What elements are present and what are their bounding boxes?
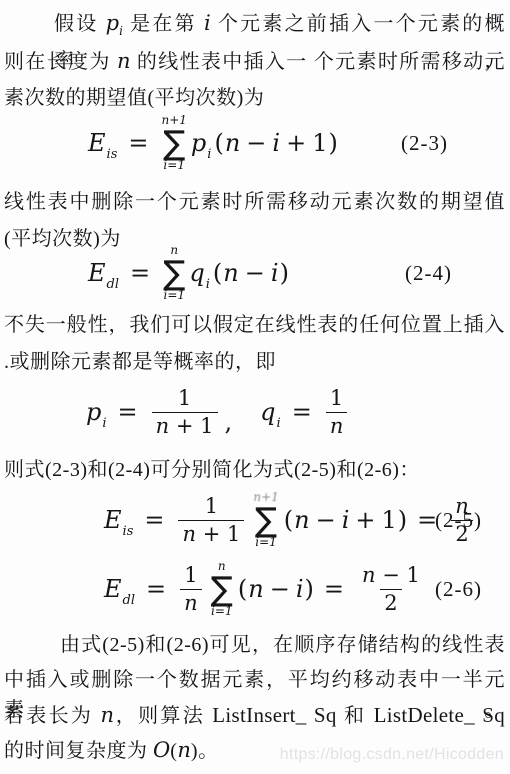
fraction-denominator: n (326, 412, 348, 438)
summation: n+1 ∑ i=1 (161, 114, 186, 172)
lhs-E-is: Eis (88, 129, 119, 157)
term-p-i: pi (191, 129, 214, 157)
var-n: n (156, 414, 170, 438)
sum-lower-limit: i=1 (163, 159, 185, 172)
fraction-denominator: 2 (380, 589, 401, 615)
plus-one: + 1 (176, 414, 214, 438)
equation-2-6: Edl = 1 n n ∑ i=1 (n−i) = n − 1 2 (2-6) (0, 556, 510, 622)
equation-2-4: Edl = n ∑ i=1 qi (n−i) (2-4) (0, 242, 510, 304)
var-i: i (342, 506, 350, 534)
open-paren: ( (213, 259, 222, 287)
equation-number-2-3: (2-3) (401, 131, 448, 156)
var-i: i (296, 575, 304, 603)
paragraph3-line2: .或删除元素都是等概率的，即 (4, 347, 505, 377)
sum-lower-limit: i=1 (163, 289, 185, 302)
close-paren: ) (280, 259, 289, 287)
fraction-n-minus-1-over-2: n − 1 2 (358, 563, 424, 614)
var-n: n (294, 506, 309, 534)
text-run: 的线性表中插入一 个元素时所需移动元 (131, 51, 505, 73)
fraction-numerator: n − 1 (358, 563, 424, 588)
fraction-1-over-n: 1 n (326, 386, 348, 437)
number-one: 1 (382, 506, 397, 534)
equation-2-3: Eis = n+1 ∑ i=1 pi (n−i+1) (2-3) (0, 112, 510, 174)
text-run: ，则算法 (114, 705, 212, 727)
summation: n+1 ∑ i=1 (253, 491, 278, 549)
summation: n ∑ i=1 (163, 244, 185, 302)
var-n: n (100, 703, 114, 727)
text-run: 若表长为 (4, 705, 100, 727)
text-run: 和 (337, 705, 374, 727)
text-run: 是在第 (123, 13, 204, 35)
subscript-dl: dl (107, 277, 119, 292)
term-q-i: qi (189, 259, 212, 287)
equation-2-4-math: Edl = n ∑ i=1 qi (n−i) (88, 244, 290, 302)
equals-sign: = (292, 398, 312, 426)
open-paren: ( (238, 575, 247, 603)
fraction-numerator: 1 (201, 494, 222, 519)
var-E: E (88, 129, 106, 157)
fraction-1-over-n-plus-1: 1 n + 1 (178, 494, 244, 545)
fraction-1-over-n: 1 n (180, 563, 202, 614)
subscript-is: is (107, 147, 118, 162)
equals-sign: = (118, 398, 138, 426)
plus-one: + 1 (203, 522, 241, 546)
var-E: E (104, 575, 122, 603)
summation: n ∑ i=1 (211, 560, 233, 618)
fraction-numerator: 1 (326, 386, 347, 411)
equals-sign: = (130, 259, 150, 287)
paragraph4-line1: 则式(2-3)和(2-4)可分别简化为式(2-5)和(2-6)： (4, 455, 505, 485)
sigma-symbol: ∑ (163, 257, 185, 288)
paragraph1-line2: 则在长度为 n 的线性表中插入一 个元素时所需移动元 (4, 46, 505, 77)
paragraph1-line3: 素次数的期望值(平均次数)为 (4, 83, 505, 113)
text-run: 则式(2-3)和(2-4)可分别简化为式(2-5)和(2-6)： (4, 459, 420, 481)
equation-pi-qi-math: pi = 1 n + 1 , qi = 1 n (86, 386, 352, 437)
comma: , (225, 408, 233, 436)
text-run: 则在长度为 (4, 51, 117, 73)
sum-upper-limit: n+1 (253, 491, 278, 504)
paragraph2-line1: 线性表中删除一个元素时所需移动元素次数的期望值 (4, 187, 505, 217)
equation-2-6-math: Edl = 1 n n ∑ i=1 (n−i) = n − 1 2 (104, 560, 429, 618)
var-q: q (260, 398, 275, 426)
var-E: E (88, 259, 106, 287)
paragraph5-line1: 由式(2-5)和(2-6)可见，在顺序存储结构的线性表 (4, 630, 505, 660)
fraction-numerator: 1 (174, 386, 195, 411)
text-run: 由式(2-5)和(2-6)可见，在顺序存储结构的线性表 (60, 634, 505, 656)
sum-lower-limit: i=1 (211, 605, 233, 618)
var-i: i (272, 129, 280, 157)
equation-2-5-math: Eis = 1 n + 1 n+1 ∑ i=1 (n−i+1) = n 2 (104, 491, 478, 549)
lhs-E-dl: Edl (104, 575, 137, 603)
subscript-i: i (102, 416, 106, 431)
var-p: p (106, 11, 119, 35)
fraction-numerator: 1 (180, 563, 201, 588)
equation-number-2-5: (2-5) (435, 508, 482, 533)
paragraph5-line3: 若表长为 n，则算法 ListInsert_ Sq 和 ListDelete_ … (4, 700, 505, 731)
subscript-is: is (123, 524, 134, 539)
plus-sign: + (286, 129, 306, 157)
var-E: E (104, 506, 122, 534)
paragraph3-line1: 不失一般性，我们可以假定在线性表的任何位置上插入 (4, 310, 505, 340)
minus-sign: − (246, 129, 266, 157)
close-paren: ) (305, 575, 314, 603)
text-run: 或删除元素都是等概率的，即 (10, 351, 277, 373)
var-n: n (223, 259, 238, 287)
sum-lower-limit: i=1 (255, 536, 277, 549)
fraction-1-over-n-plus-1: 1 n + 1 (152, 386, 218, 437)
minus-sign: − (270, 575, 290, 603)
var-n: n (248, 575, 263, 603)
close-paren: ) (328, 129, 337, 157)
csdn-watermark: https://blog.csdn.net/Hicodden (280, 746, 504, 764)
equation-number-2-4: (2-4) (405, 261, 452, 286)
subscript-i: i (206, 277, 210, 292)
subscript-dl: dl (123, 593, 135, 608)
open-paren: ( (284, 506, 293, 534)
var-n: n (182, 522, 196, 546)
open-paren: ( (214, 129, 223, 157)
plus-sign: + (355, 506, 375, 534)
close-paren-period: )。 (191, 740, 219, 762)
subscript-i: i (207, 147, 211, 162)
minus-sign: − (245, 259, 265, 287)
var-i: i (271, 259, 279, 287)
subscript-i: i (277, 416, 281, 431)
equation-2-5: Eis = 1 n + 1 n+1 ∑ i=1 (n−i+1) = n 2 (2… (0, 487, 510, 553)
text-run: 假设 (54, 13, 106, 35)
minus-sign: − (316, 506, 336, 534)
var-p-i: pi (86, 398, 109, 426)
var-i: i (204, 11, 211, 35)
equals-sign: = (128, 129, 148, 157)
equation-pi-qi: pi = 1 n + 1 , qi = 1 n (0, 384, 510, 440)
number-one: 1 (312, 129, 327, 157)
close-paren: ) (398, 506, 407, 534)
var-n: n (117, 49, 131, 73)
var-O: O (153, 738, 170, 762)
sigma-symbol: ∑ (163, 127, 185, 158)
var-p: p (191, 129, 206, 157)
var-n: n (225, 129, 240, 157)
var-n: n (362, 563, 376, 587)
equation-2-3-math: Eis = n+1 ∑ i=1 pi (n−i+1) (88, 114, 339, 172)
equals-sign: = (146, 575, 166, 603)
equals-sign: = (144, 506, 164, 534)
text-run: 的时间复杂度为 (4, 740, 153, 762)
var-q: q (189, 259, 204, 287)
equals-sign: = (324, 575, 344, 603)
var-p: p (86, 398, 101, 426)
algorithm-name-listinsert: ListInsert_ Sq (212, 703, 336, 727)
lhs-E-dl: Edl (88, 259, 121, 287)
var-q-i: qi (260, 398, 283, 426)
scanned-textbook-page: 假设 pi 是在第 i 个元素之前插入一个元素的概率， 则在长度为 n 的线性表… (0, 0, 510, 774)
text-run: 线性表中删除一个元素时所需移动元素次数的期望值 (4, 191, 505, 213)
fraction-denominator: n + 1 (152, 412, 218, 438)
minus-one: − 1 (382, 563, 420, 587)
var-n: n (177, 738, 191, 762)
fraction-denominator: n (180, 589, 202, 615)
sigma-symbol: ∑ (255, 504, 277, 535)
lhs-E-is: Eis (104, 506, 135, 534)
sigma-symbol: ∑ (211, 573, 233, 604)
equation-number-2-6: (2-6) (435, 577, 482, 602)
text-run: 素次数的期望值(平均次数)为 (4, 87, 264, 109)
fraction-denominator: n + 1 (178, 520, 244, 546)
text-run: 不失一般性，我们可以假定在线性表的任何位置上插入 (4, 314, 505, 336)
algorithm-name-listdelete: ListDelete_ Sq (374, 703, 505, 727)
